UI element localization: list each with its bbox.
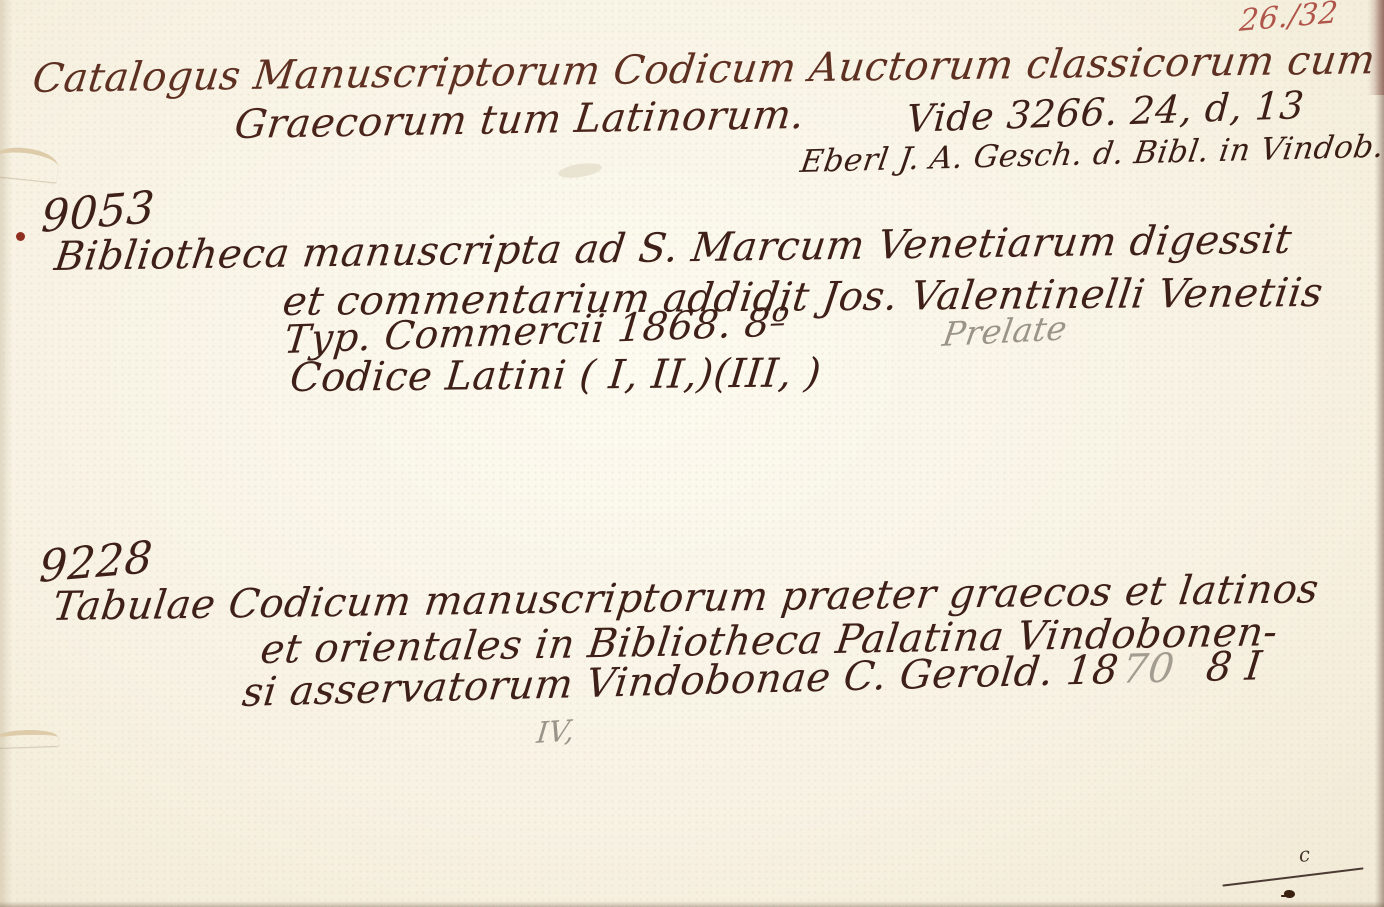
archive-corner-number: 26./32: [1238, 0, 1340, 39]
imprint-ink-end: 8 I: [1204, 643, 1265, 691]
paper-left-edge: [0, 0, 12, 907]
binding-thread-bottom: [0, 729, 58, 748]
paper-bottom-edge: [0, 901, 1384, 907]
small-pen-mark: c: [1297, 842, 1311, 867]
attribution-note: Eberl J. A. Gesch. d. Bibl. in Vindob.: [798, 129, 1384, 180]
pen-stroke-underline: [1222, 867, 1363, 886]
pencil-year: 70: [1120, 645, 1177, 693]
pencil-annotation: Prelate: [940, 308, 1070, 354]
ink-blot: [1284, 890, 1295, 898]
pencil-volume-annotation: IV,: [535, 713, 577, 750]
entry-volumes-line: Codice Latini ( I, II,)(III, ): [288, 350, 823, 401]
binding-thread-top: [0, 145, 59, 183]
catalog-title-line-2: Graecorum tum Latinorum.: [232, 92, 807, 148]
red-ink-dot: [16, 232, 25, 241]
entry-title-line: Bibliotheca manuscripta ad S. Marcum Ven…: [52, 217, 1294, 280]
catalog-card-page: 26./32 Catalogus Manuscriptorum Codicum …: [0, 0, 1384, 907]
eraser-smudge: [557, 161, 602, 181]
